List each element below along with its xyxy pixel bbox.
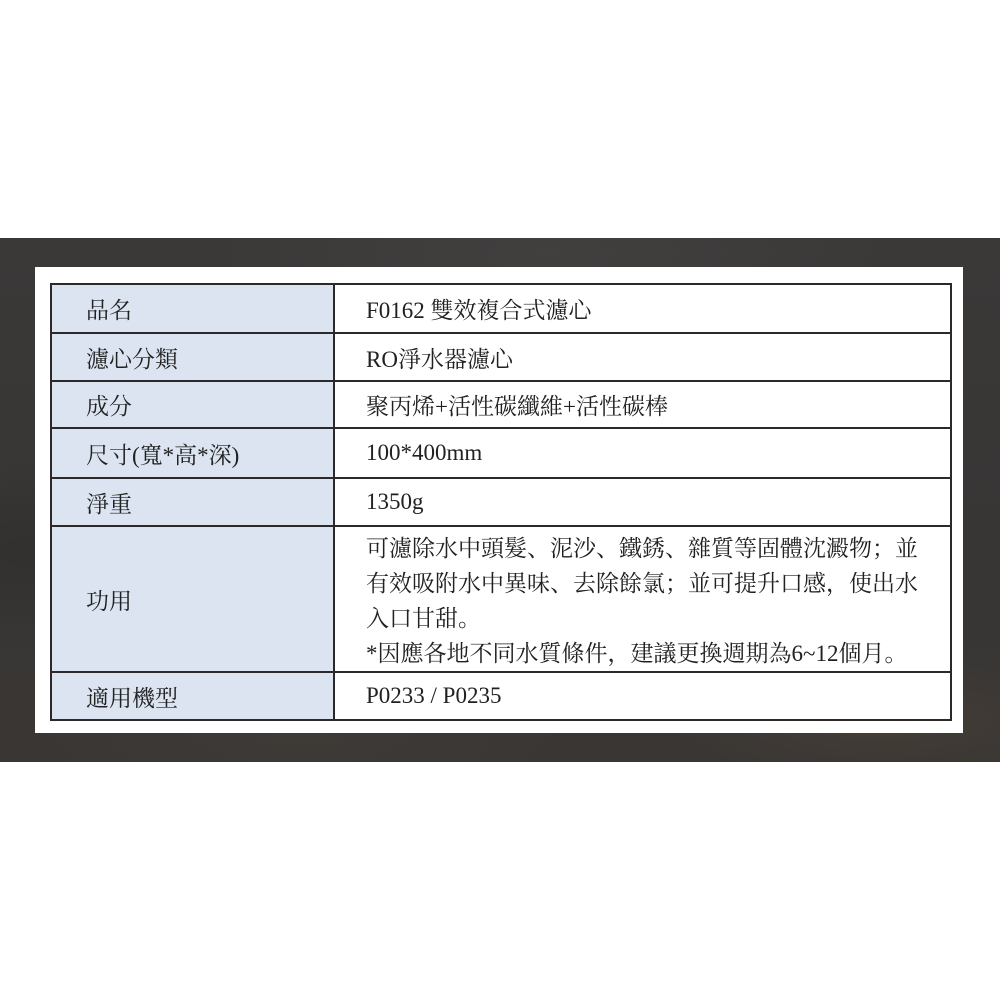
table-row-net-weight: 淨重 1350g — [51, 478, 951, 526]
spec-label-dimensions: 尺寸(寬*高*深) — [51, 428, 334, 478]
spec-label-function: 功用 — [51, 526, 334, 672]
spec-value-function: 可濾除水中頭髮、泥沙、鐵銹、雜質等固體沈澱物；並有效吸附水中異味、去除餘氯；並可… — [334, 526, 951, 672]
spec-value-compatible-models: P0233 / P0235 — [334, 672, 951, 720]
function-replacement-note: *因應各地不同水質條件，建議更換週期為6~12個月。 — [366, 636, 940, 671]
table-row-dimensions: 尺寸(寬*高*深) 100*400mm — [51, 428, 951, 478]
table-row-function: 功用 可濾除水中頭髮、泥沙、鐵銹、雜質等固體沈澱物；並有效吸附水中異味、去除餘氯… — [51, 526, 951, 672]
function-description: 可濾除水中頭髮、泥沙、鐵銹、雜質等固體沈澱物；並有效吸附水中異味、去除餘氯；並可… — [366, 531, 940, 636]
table-row-filter-category: 濾心分類 RO淨水器濾心 — [51, 333, 951, 381]
table-row-product-name: 品名 F0162 雙效複合式濾心 — [51, 284, 951, 333]
table-row-compatible-models: 適用機型 P0233 / P0235 — [51, 672, 951, 720]
spec-card: 品名 F0162 雙效複合式濾心 濾心分類 RO淨水器濾心 成分 聚丙烯+活性碳… — [35, 267, 963, 733]
dark-background-band: 品名 F0162 雙效複合式濾心 濾心分類 RO淨水器濾心 成分 聚丙烯+活性碳… — [0, 238, 1000, 762]
spec-value-product-name: F0162 雙效複合式濾心 — [334, 284, 951, 333]
spec-value-ingredients: 聚丙烯+活性碳纖維+活性碳棒 — [334, 381, 951, 428]
spec-label-filter-category: 濾心分類 — [51, 333, 334, 381]
product-spec-table: 品名 F0162 雙效複合式濾心 濾心分類 RO淨水器濾心 成分 聚丙烯+活性碳… — [50, 283, 952, 721]
table-row-ingredients: 成分 聚丙烯+活性碳纖維+活性碳棒 — [51, 381, 951, 428]
spec-label-compatible-models: 適用機型 — [51, 672, 334, 720]
spec-value-dimensions: 100*400mm — [334, 428, 951, 478]
spec-value-net-weight: 1350g — [334, 478, 951, 526]
spec-value-filter-category: RO淨水器濾心 — [334, 333, 951, 381]
spec-label-product-name: 品名 — [51, 284, 334, 333]
spec-label-net-weight: 淨重 — [51, 478, 334, 526]
spec-label-ingredients: 成分 — [51, 381, 334, 428]
